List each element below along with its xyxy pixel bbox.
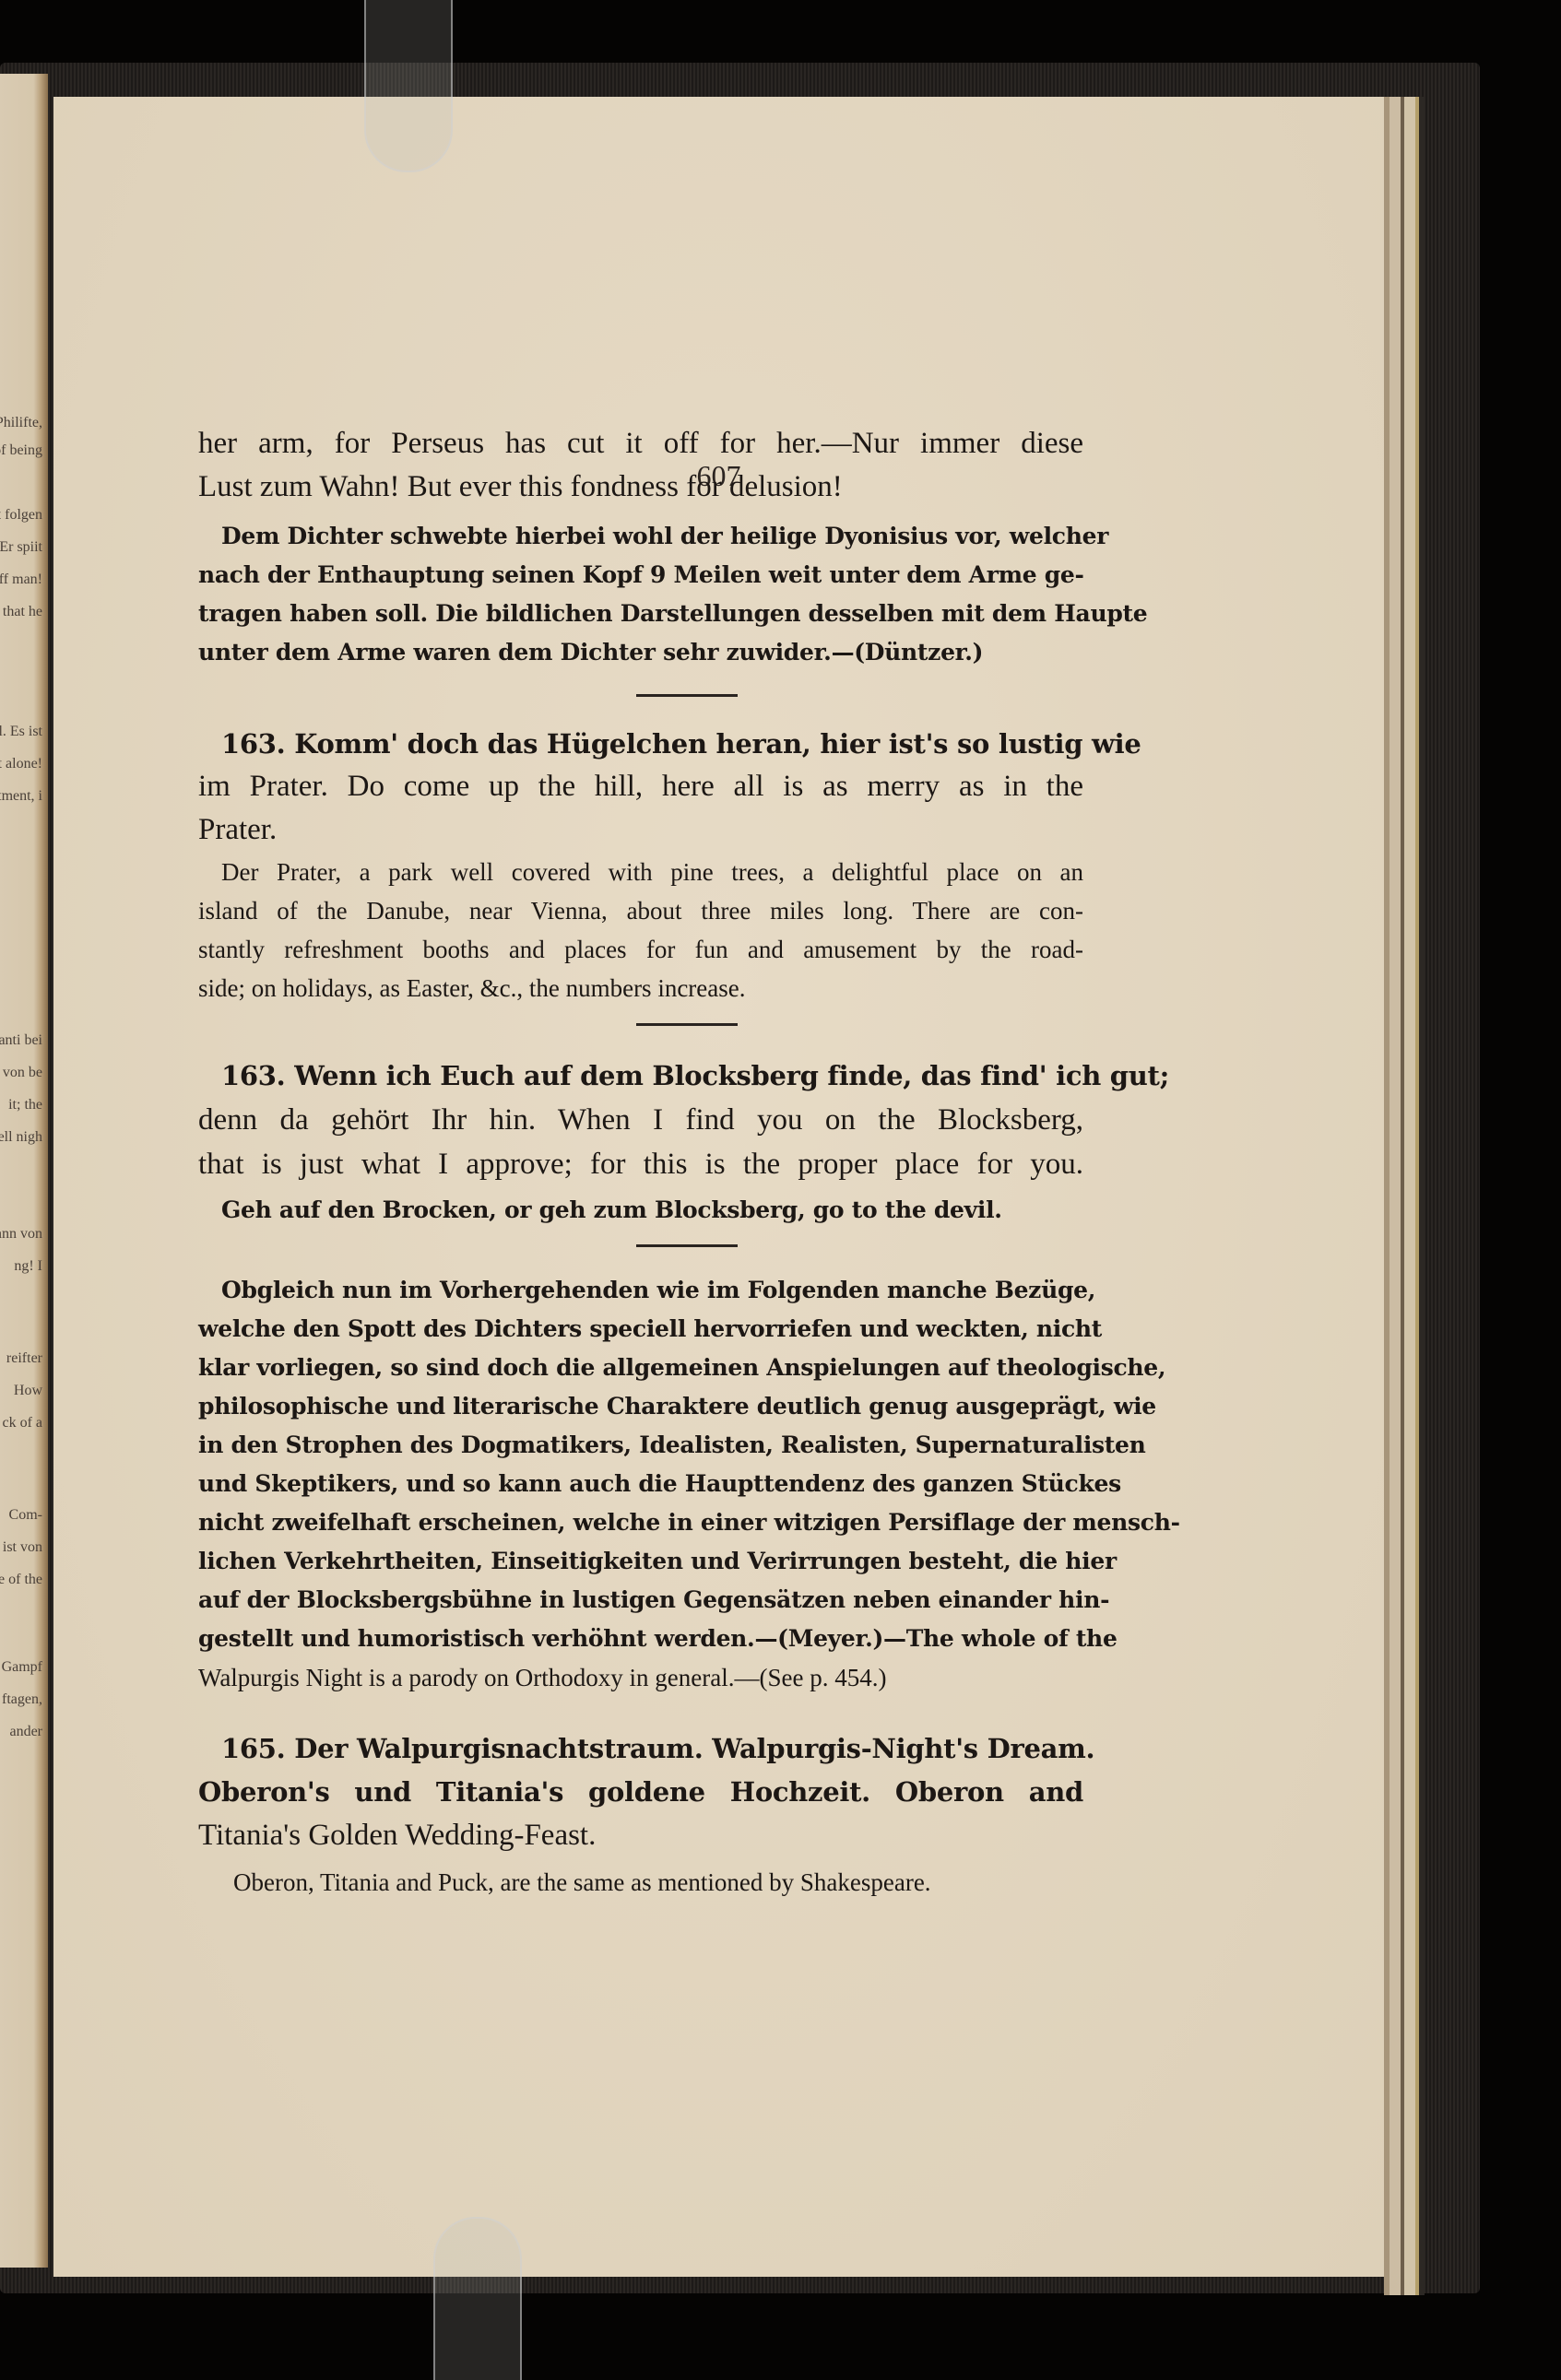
text-line: Lust zum Wahn! But ever this fondness fo… bbox=[198, 470, 1083, 504]
prev-fragment: ng that he bbox=[0, 604, 42, 620]
text-line: Oberon's und Titania's goldene Hochzeit.… bbox=[198, 1776, 1083, 1808]
prev-fragment: „Er spiit bbox=[0, 539, 42, 556]
note-line: Walpurgis Night is a parody on Orthodoxy… bbox=[198, 1664, 1083, 1692]
note-line: Dem Dichter schwebte hierbei wohl der he… bbox=[221, 523, 1083, 549]
text-line: Titania's Golden Wedding-Feast. bbox=[198, 1819, 1083, 1853]
prev-fragment: ander bbox=[9, 1724, 42, 1740]
note-line: klar vorliegen, so sind doch die allgeme… bbox=[198, 1354, 1083, 1381]
note-line: island of the Danube, near Vienna, about… bbox=[198, 897, 1083, 925]
prev-fragment: mit folgen bbox=[0, 507, 42, 524]
prev-fragment: atment, i bbox=[0, 788, 42, 805]
previous-page-edge: a Philifte, nce of being mit folgen „Er … bbox=[0, 74, 48, 2268]
prev-fragment: ist von bbox=[3, 1539, 42, 1556]
prev-fragment: it; the bbox=[8, 1097, 42, 1113]
prev-fragment: How bbox=[14, 1383, 42, 1399]
note-line: unter dem Arme waren dem Dichter sehr zu… bbox=[198, 639, 1083, 666]
note-line: philosophische und literarische Charakte… bbox=[198, 1393, 1083, 1420]
note-line: und Skeptikers, und so kann auch die Hau… bbox=[198, 1470, 1083, 1497]
entry-heading: 163. Wenn ich Euch auf dem Blocksberg fi… bbox=[221, 1060, 1083, 1091]
note-line: tragen haben soll. Die bildlichen Darste… bbox=[198, 600, 1083, 627]
note-line: Obgleich nun im Vorhergehenden wie im Fo… bbox=[221, 1277, 1083, 1303]
prev-fragment: reifter bbox=[6, 1350, 42, 1367]
note-line: stantly refreshment booths and places fo… bbox=[198, 936, 1083, 964]
prev-fragment: ann von bbox=[0, 1226, 42, 1243]
entry-heading: 163. Komm' doch das Hügelchen heran, hie… bbox=[221, 728, 1083, 760]
note-line: welche den Spott des Dichters speciell h… bbox=[198, 1315, 1083, 1342]
note-line: in den Strophen des Dogmatikers, Idealis… bbox=[198, 1432, 1083, 1458]
text-line: that is just what I approve; for this is… bbox=[198, 1148, 1083, 1182]
prev-fragment: ell nigh bbox=[0, 1129, 42, 1146]
prev-fragment: ftagen, bbox=[2, 1691, 42, 1708]
text-line: her arm, for Perseus has cut it off for … bbox=[198, 427, 1083, 461]
text-line: denn da gehört Ihr hin. When I find you … bbox=[198, 1103, 1083, 1137]
entry-heading: 165. Der Walpurgisnachtstraum. Walpurgis… bbox=[221, 1733, 1083, 1764]
prev-fragment: e of the bbox=[0, 1572, 42, 1588]
text-line: Prater. bbox=[198, 813, 1083, 847]
note-line: Oberon, Titania and Puck, are the same a… bbox=[233, 1868, 1083, 1897]
text-line: im Prater. Do come up the hill, here all… bbox=[198, 770, 1083, 804]
section-divider bbox=[636, 1023, 738, 1026]
note-line: gestellt und humoristisch verhöhnt werde… bbox=[198, 1625, 1083, 1652]
prev-fragment: Com- bbox=[9, 1507, 42, 1524]
section-divider bbox=[636, 1244, 738, 1247]
prev-fragment: nce of being bbox=[0, 442, 42, 459]
prev-fragment: a Philifte, bbox=[0, 415, 42, 431]
prev-fragment: ck of a bbox=[2, 1415, 42, 1432]
bookmark-tab-bottom bbox=[433, 2217, 522, 2380]
prev-fragment: at alone! bbox=[0, 756, 42, 772]
page-edge-stack bbox=[1384, 97, 1425, 2295]
section-divider bbox=[636, 694, 738, 697]
note-line: lichen Verkehrtheiten, Einseitigkeiten u… bbox=[198, 1548, 1083, 1574]
note-line: Der Prater, a park well covered with pin… bbox=[221, 858, 1083, 887]
prev-fragment: stiff man! bbox=[0, 571, 42, 588]
prev-fragment: l. Es ist bbox=[0, 724, 42, 740]
note-line: nach der Enthauptung seinen Kopf 9 Meile… bbox=[198, 561, 1083, 588]
bookmark-tab-top bbox=[364, 0, 453, 172]
note-line: side; on holidays, as Easter, &c., the n… bbox=[198, 974, 1083, 1003]
book-page: 607 her arm, for Perseus has cut it off … bbox=[53, 97, 1384, 2277]
note-line: auf der Blocksbergsbühne in lustigen Geg… bbox=[198, 1586, 1083, 1613]
note-line: Geh auf den Brocken, or geh zum Blocksbe… bbox=[221, 1196, 1083, 1223]
prev-fragment: von be bbox=[3, 1065, 42, 1081]
prev-fragment: Gampf bbox=[2, 1659, 42, 1676]
prev-fragment: ng! I bbox=[14, 1258, 42, 1275]
prev-fragment: phanti bei bbox=[0, 1032, 42, 1049]
note-line: nicht zweifelhaft erscheinen, welche in … bbox=[198, 1509, 1083, 1536]
